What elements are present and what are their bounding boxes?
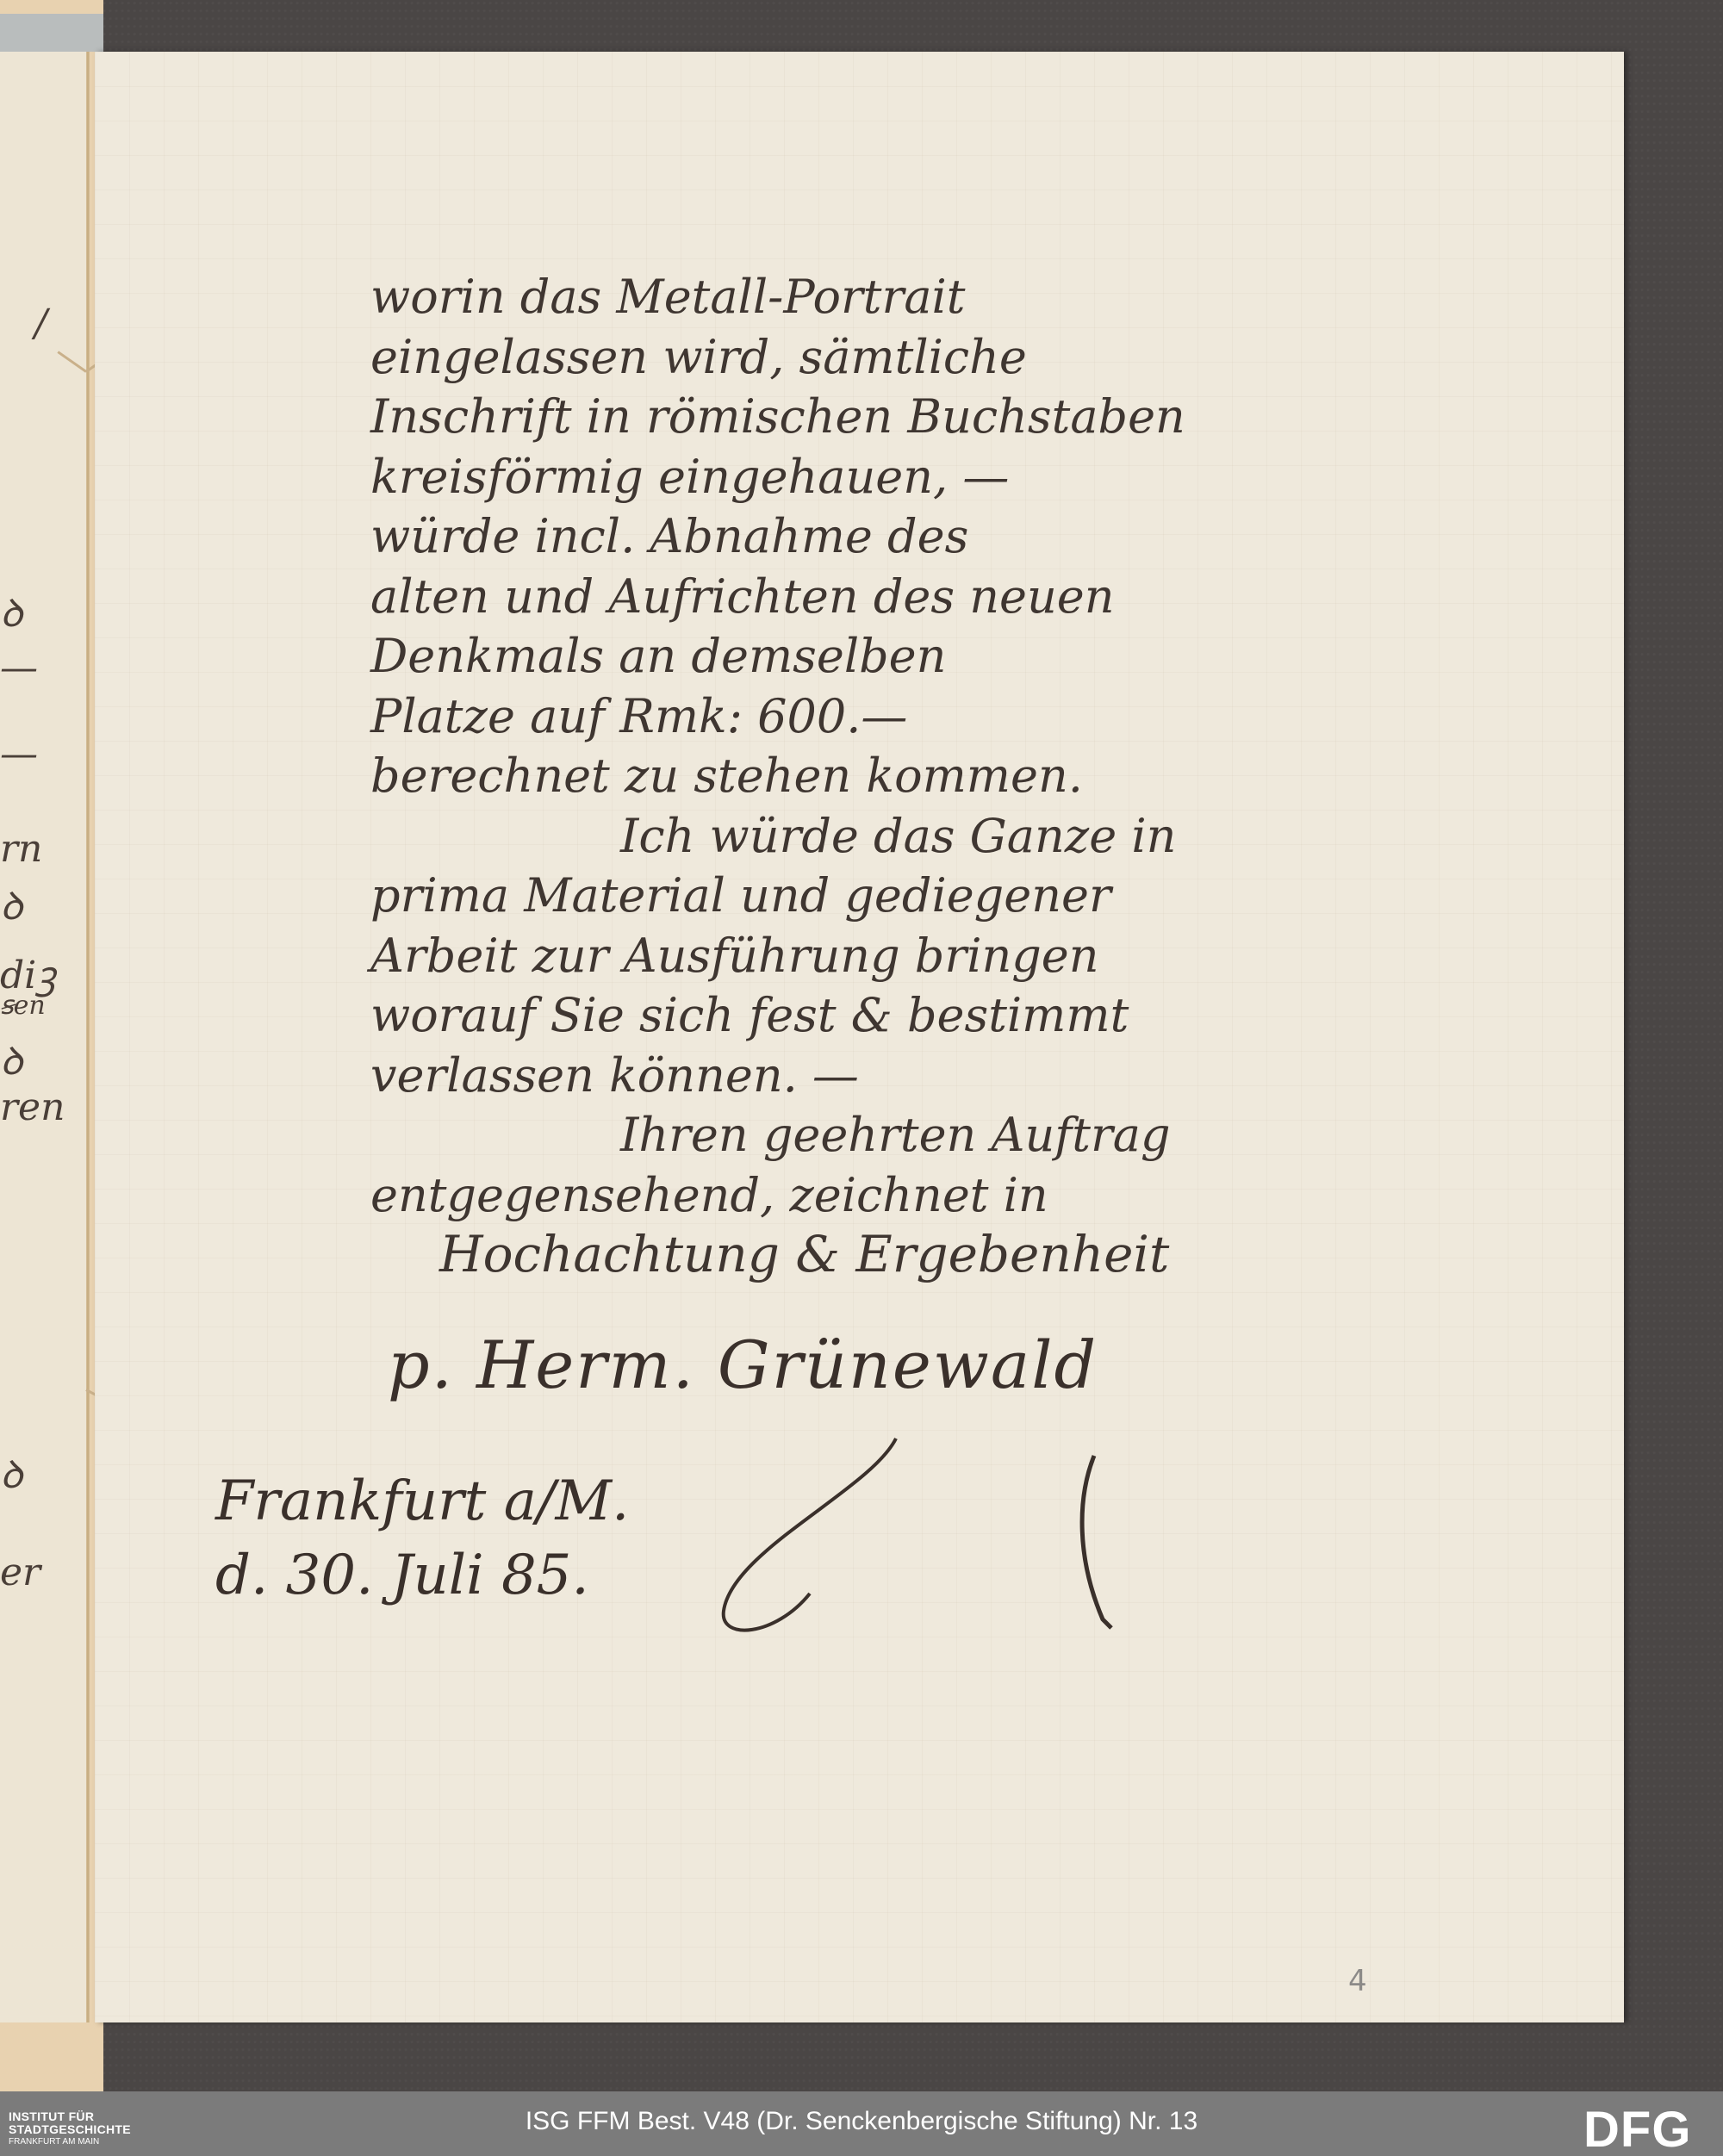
letter-line-paragraph-start: Ich würde das Ganze in: [370, 806, 1628, 867]
letter-line: kreisförmig eingehauen, —: [370, 447, 1628, 507]
archive-reference: ISG FFM Best. V48 (Dr. Senckenbergische …: [0, 2107, 1723, 2136]
left-fragment: ren: [0, 1085, 65, 1129]
letter-line: eingelassen wird, sämtliche: [370, 327, 1628, 388]
letter-line: alten und Aufrichten des neuen: [370, 567, 1628, 627]
letter-body: worin das Metall-Portrait eingelassen wi…: [370, 267, 1628, 1285]
letter-page: worin das Metall-Portrait eingelassen wi…: [95, 52, 1624, 2022]
letter-line: Inschrift in römischen Buchstaben: [370, 387, 1628, 447]
signature-flourish: [698, 1421, 1129, 1645]
left-fragment: ꞩen: [0, 991, 46, 1021]
left-fragment: ꝺ: [0, 879, 22, 930]
letter-line-amount: Platze auf Rmk: 600.—: [370, 687, 1628, 747]
letter-line: Arbeit zur Ausführung bringen: [370, 926, 1628, 986]
signature: p. Herm. Grünewald: [388, 1327, 1098, 1403]
letter-line: berechnet zu stehen kommen.: [370, 746, 1628, 806]
letter-line-closing: Hochachtung & Ergebenheit: [370, 1225, 1628, 1285]
footer-bar: INSTITUT FÜR STADTGESCHICHTE FRANKFURT A…: [0, 2091, 1723, 2156]
letter-line: entgegensehend, zeichnet in: [370, 1165, 1628, 1226]
letter-line: prima Material und gediegener: [370, 866, 1628, 926]
letter-line: Denkmals an demselben: [370, 626, 1628, 687]
left-fragment: —: [0, 732, 38, 776]
left-fragment: ꝺ: [0, 1034, 22, 1085]
previous-page-sliver: / ꝺ — — rn ꝺ diꝫ ꞩen ꝺ ren ꝺ er: [0, 52, 90, 2022]
left-fragment: /: [34, 301, 47, 345]
place-and-date: Frankfurt a/M. d. 30. Juli 85.: [215, 1464, 629, 1612]
institution-line-3: FRANKFURT AM MAIN: [9, 2136, 131, 2147]
left-fragment: rn: [0, 827, 42, 871]
letter-line: würde incl. Abnahme des: [370, 506, 1628, 567]
blue-tape-strip: [0, 14, 103, 52]
letter-line-paragraph-start: Ihren geehrten Auftrag: [370, 1105, 1628, 1165]
place-line: Frankfurt a/M.: [215, 1464, 629, 1538]
letter-line: verlassen können. —: [370, 1046, 1628, 1106]
folio-number: 4: [1348, 1964, 1367, 1998]
left-fragment: er: [0, 1550, 40, 1594]
left-fragment: ꝺ: [0, 586, 22, 637]
letter-line: worin das Metall-Portrait: [370, 267, 1628, 327]
dfg-logo: DFG: [1583, 2106, 1691, 2154]
letter-line: worauf Sie sich fest & bestimmt: [370, 985, 1628, 1046]
binding-thread: [86, 52, 90, 2022]
left-fragment: ꝺ: [0, 1447, 22, 1499]
left-fragment: —: [0, 646, 38, 690]
date-line: d. 30. Juli 85.: [215, 1538, 629, 1612]
